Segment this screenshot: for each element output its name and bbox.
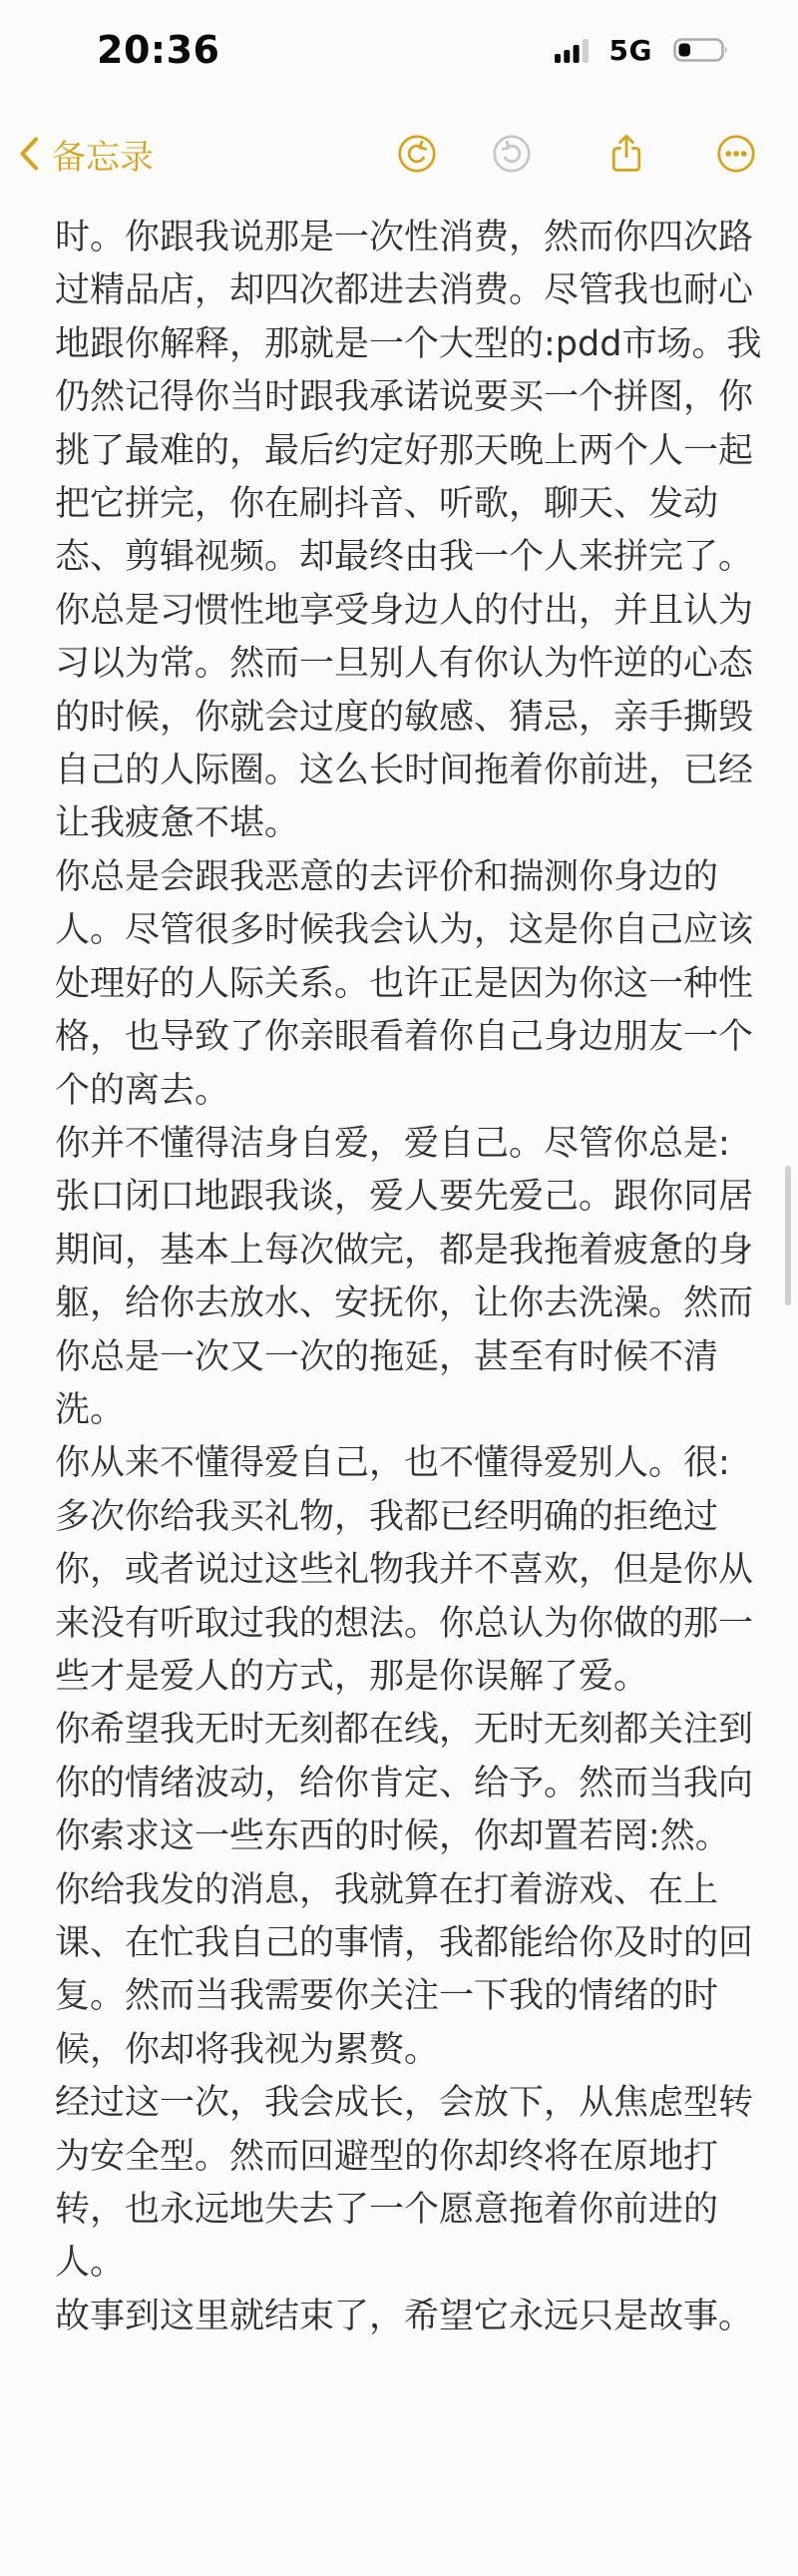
note-text-line: 你的情绪波动，给你肯定、给予。然而当我向 bbox=[55, 1758, 763, 1810]
note-text-line: 故事到这里就结束了，希望它永远只是故事。 bbox=[55, 2291, 763, 2343]
status-bar: 20:36 5G bbox=[0, 22, 798, 78]
nav-bar: 备忘录 bbox=[0, 126, 798, 182]
network-type-label: 5G bbox=[609, 34, 652, 67]
note-text-line: 个的离去。 bbox=[55, 1065, 763, 1118]
note-text-line: 时。你跟我说那是一次性消费，然而你四次路 bbox=[55, 212, 763, 264]
redo-icon bbox=[492, 134, 532, 174]
note-text-line: 你总是习惯性地享受身边人的付出，并且认为 bbox=[55, 585, 763, 638]
note-text-line: 让我疲惫不堪。 bbox=[55, 797, 763, 850]
note-text-line: 你从来不懂得爱自己，也不懂得爱别人。很: bbox=[55, 1437, 763, 1490]
ellipsis-icon bbox=[716, 134, 756, 174]
note-text-line: 洗。 bbox=[55, 1384, 763, 1437]
share-button[interactable] bbox=[606, 134, 646, 174]
note-text-line: 态、剪辑视频。却最终由我一个人来拼完了。 bbox=[55, 531, 763, 584]
more-button[interactable] bbox=[716, 134, 756, 174]
note-text-line: 处理好的人际关系。也许正是因为你这一种性 bbox=[55, 958, 763, 1011]
signal-strength-icon bbox=[555, 37, 589, 63]
note-text-line: 复。然而当我需要你关注一下我的情绪的时 bbox=[55, 1970, 763, 2023]
note-text-line: 些才是爱人的方式，那是你误解了爱。 bbox=[55, 1651, 763, 1704]
note-text-line: 躯，给你去放水、安抚你，让你去洗澡。然而 bbox=[55, 1278, 763, 1330]
scrollbar-thumb[interactable] bbox=[785, 1166, 791, 1305]
note-text-line: 挑了最难的，最后约定好那天晚上两个人一起 bbox=[55, 425, 763, 478]
note-text-line: 自己的人际圈。这么长时间拖着你前进，已经 bbox=[55, 745, 763, 797]
note-text-line: 人。尽管很多时候我会认为，这是你自己应该 bbox=[55, 904, 763, 957]
note-text-line: 习以为常。然而一旦别人有你认为忤逆的心态 bbox=[55, 638, 763, 691]
undo-button[interactable] bbox=[397, 134, 437, 174]
note-text-line: 人。 bbox=[55, 2237, 763, 2290]
note-body[interactable]: 时。你跟我说那是一次性消费，然而你四次路过精品店，却四次都进去消费。尽管我也耐心… bbox=[55, 212, 763, 2343]
nav-actions bbox=[397, 134, 756, 174]
note-text-line: 转，也永远地失去了一个愿意拖着你前进的 bbox=[55, 2184, 763, 2237]
note-text-line: 候，你却将我视为累赘。 bbox=[55, 2024, 763, 2077]
note-text-line: 你并不懂得洁身自爱，爱自己。尽管你总是: bbox=[55, 1118, 763, 1171]
undo-icon bbox=[397, 134, 437, 174]
back-button[interactable]: 备忘录 bbox=[18, 130, 154, 179]
chevron-left-icon bbox=[18, 136, 40, 172]
note-text-line: 你总是会跟我恶意的去评价和揣测你身边的 bbox=[55, 851, 763, 904]
note-text-line: 你，或者说过这些礼物我并不喜欢，但是你从 bbox=[55, 1544, 763, 1597]
note-text-line: 你希望我无时无刻都在线，无时无刻都关注到 bbox=[55, 1704, 763, 1757]
status-time: 20:36 bbox=[97, 28, 219, 72]
note-text-line: 你总是一次又一次的拖延，甚至有时候不清 bbox=[55, 1331, 763, 1384]
battery-icon bbox=[673, 37, 729, 63]
back-button-label: 备忘录 bbox=[52, 130, 154, 179]
note-text-line: 来没有听取过我的想法。你总认为你做的那一 bbox=[55, 1598, 763, 1651]
note-text-line: 为安全型。然而回避型的你却终将在原地打 bbox=[55, 2131, 763, 2184]
note-text-line: 课、在忙我自己的事情，我都能给你及时的回 bbox=[55, 1917, 763, 1970]
note-text-line: 过精品店，却四次都进去消费。尽管我也耐心 bbox=[55, 264, 763, 317]
note-text-line: 地跟你解释，那就是一个大型的:pdd市场。我 bbox=[55, 318, 763, 371]
note-text-line: 多次你给我买礼物，我都已经明确的拒绝过 bbox=[55, 1491, 763, 1544]
note-text-line: 你索求这一些东西的时候，你却置若罔:然。 bbox=[55, 1810, 763, 1863]
note-text-line: 仍然记得你当时跟我承诺说要买一个拼图，你 bbox=[55, 371, 763, 424]
note-text-line: 经过这一次，我会成长，会放下，从焦虑型转 bbox=[55, 2077, 763, 2130]
status-right-cluster: 5G bbox=[555, 34, 729, 67]
note-text-line: 你给我发的消息，我就算在打着游戏、在上 bbox=[55, 1864, 763, 1917]
note-text-line: 格，也导致了你亲眼看着你自己身边朋友一个 bbox=[55, 1011, 763, 1064]
note-text-line: 的时候，你就会过度的敏感、猜忌，亲手撕毁 bbox=[55, 692, 763, 745]
note-text-line: 期间，基本上每次做完，都是我拖着疲惫的身 bbox=[55, 1225, 763, 1278]
redo-button[interactable] bbox=[492, 134, 532, 174]
note-text-line: 把它拼完，你在刷抖音、听歌，聊天、发动 bbox=[55, 478, 763, 531]
share-icon bbox=[606, 132, 646, 176]
note-text-line: 张口闭口地跟我谈，爱人要先爱己。跟你同居 bbox=[55, 1171, 763, 1224]
